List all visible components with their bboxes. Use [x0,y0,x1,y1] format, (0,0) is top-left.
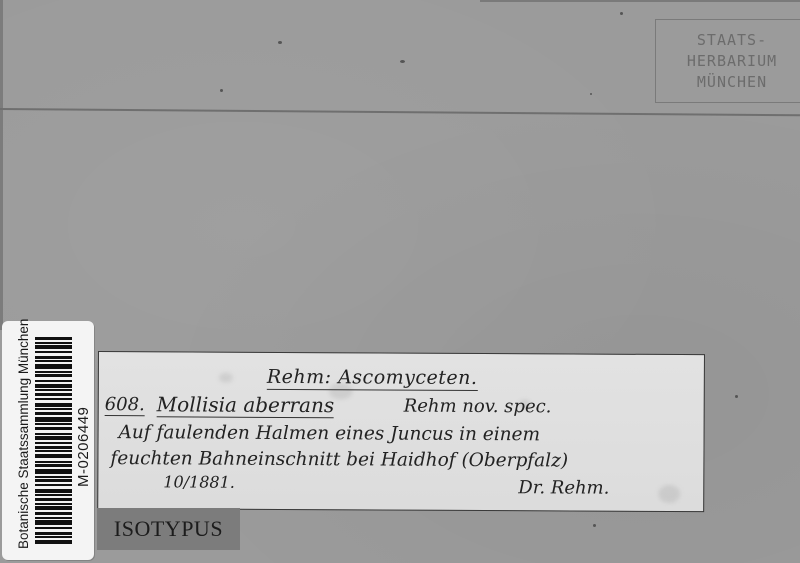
series-heading: Rehm: Ascomyceten. [267,366,478,391]
stain [658,485,680,503]
herbarium-sheet: STAATS- HERBARIUM MÜNCHEN Botanische Sta… [0,0,800,563]
folder-fold-line [0,108,800,116]
stamp-line: STAATS- [697,31,767,50]
type-status-badge: ISOTYPUS [97,508,240,550]
locality-line-2: feuchten Bahneinschnitt bei Haidhof (Obe… [110,448,568,471]
taxon-author: Rehm nov. spec. [404,396,552,418]
specimen-label: Rehm: Ascomyceten. 608. Mollisia aberran… [97,351,705,512]
taxon-name: Mollisia aberrans [157,392,335,418]
accession-number: M-0206449 [75,397,92,487]
sheet-left-edge [0,0,3,330]
collection-date: 10/1881. [163,472,235,491]
paper-speck [278,41,282,44]
paper-speck [593,524,596,527]
stamp-line: HERBARIUM [687,52,777,71]
paper-speck [735,395,738,398]
barcode-label: Botanische Staatssammlung München [2,321,94,560]
barcode [35,337,72,550]
paper-speck [220,89,223,92]
institution-name: Botanische Staatssammlung München [16,329,31,549]
paper-speck [400,60,405,63]
stamp-line: MÜNCHEN [697,73,767,92]
herbarium-stamp: STAATS- HERBARIUM MÜNCHEN [655,19,800,103]
type-status-label: ISOTYPUS [114,516,223,542]
paper-speck [620,12,623,15]
stain [219,373,233,383]
exsiccata-number: 608. [105,394,145,416]
sheet-top-edge [480,0,800,2]
locality-line-1: Auf faulenden Halmen eines Juncus in ein… [119,422,541,445]
collector-name: Dr. Rehm. [518,477,609,498]
paper-speck [590,93,592,95]
